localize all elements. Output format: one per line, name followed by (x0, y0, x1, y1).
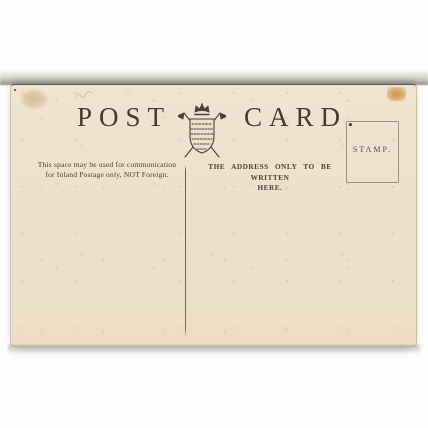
publisher-crest-icon (178, 102, 226, 164)
stamp-box: STAMP. (346, 121, 399, 183)
communication-instruction: This space may be used for communication… (27, 160, 187, 180)
age-stain-top-left (20, 89, 48, 109)
divider-rule (185, 165, 186, 337)
address-instruction-line1: THE ADDRESS ONLY TO BE WRITTEN (208, 162, 332, 182)
address-instruction: THE ADDRESS ONLY TO BE WRITTEN HERE. (195, 162, 345, 194)
age-stain-top-right (387, 87, 406, 101)
communication-instruction-line2: for Inland Postage only, NOT Foreign. (45, 170, 168, 179)
scan-shadow-bottom (8, 345, 420, 354)
postcard-back: POST (10, 84, 417, 347)
address-instruction-line2: HERE. (257, 183, 282, 192)
scan-background: POST (0, 0, 428, 428)
scan-shadow-top (0, 70, 428, 85)
faint-pencil-mark (73, 90, 97, 102)
postcard-title-right: CARD. (244, 102, 361, 133)
postcard-title-left: POST (77, 102, 171, 133)
ink-speck (14, 89, 16, 91)
stamp-box-label: STAMP. (347, 145, 398, 154)
communication-instruction-line1: This space may be used for communication (38, 160, 176, 169)
